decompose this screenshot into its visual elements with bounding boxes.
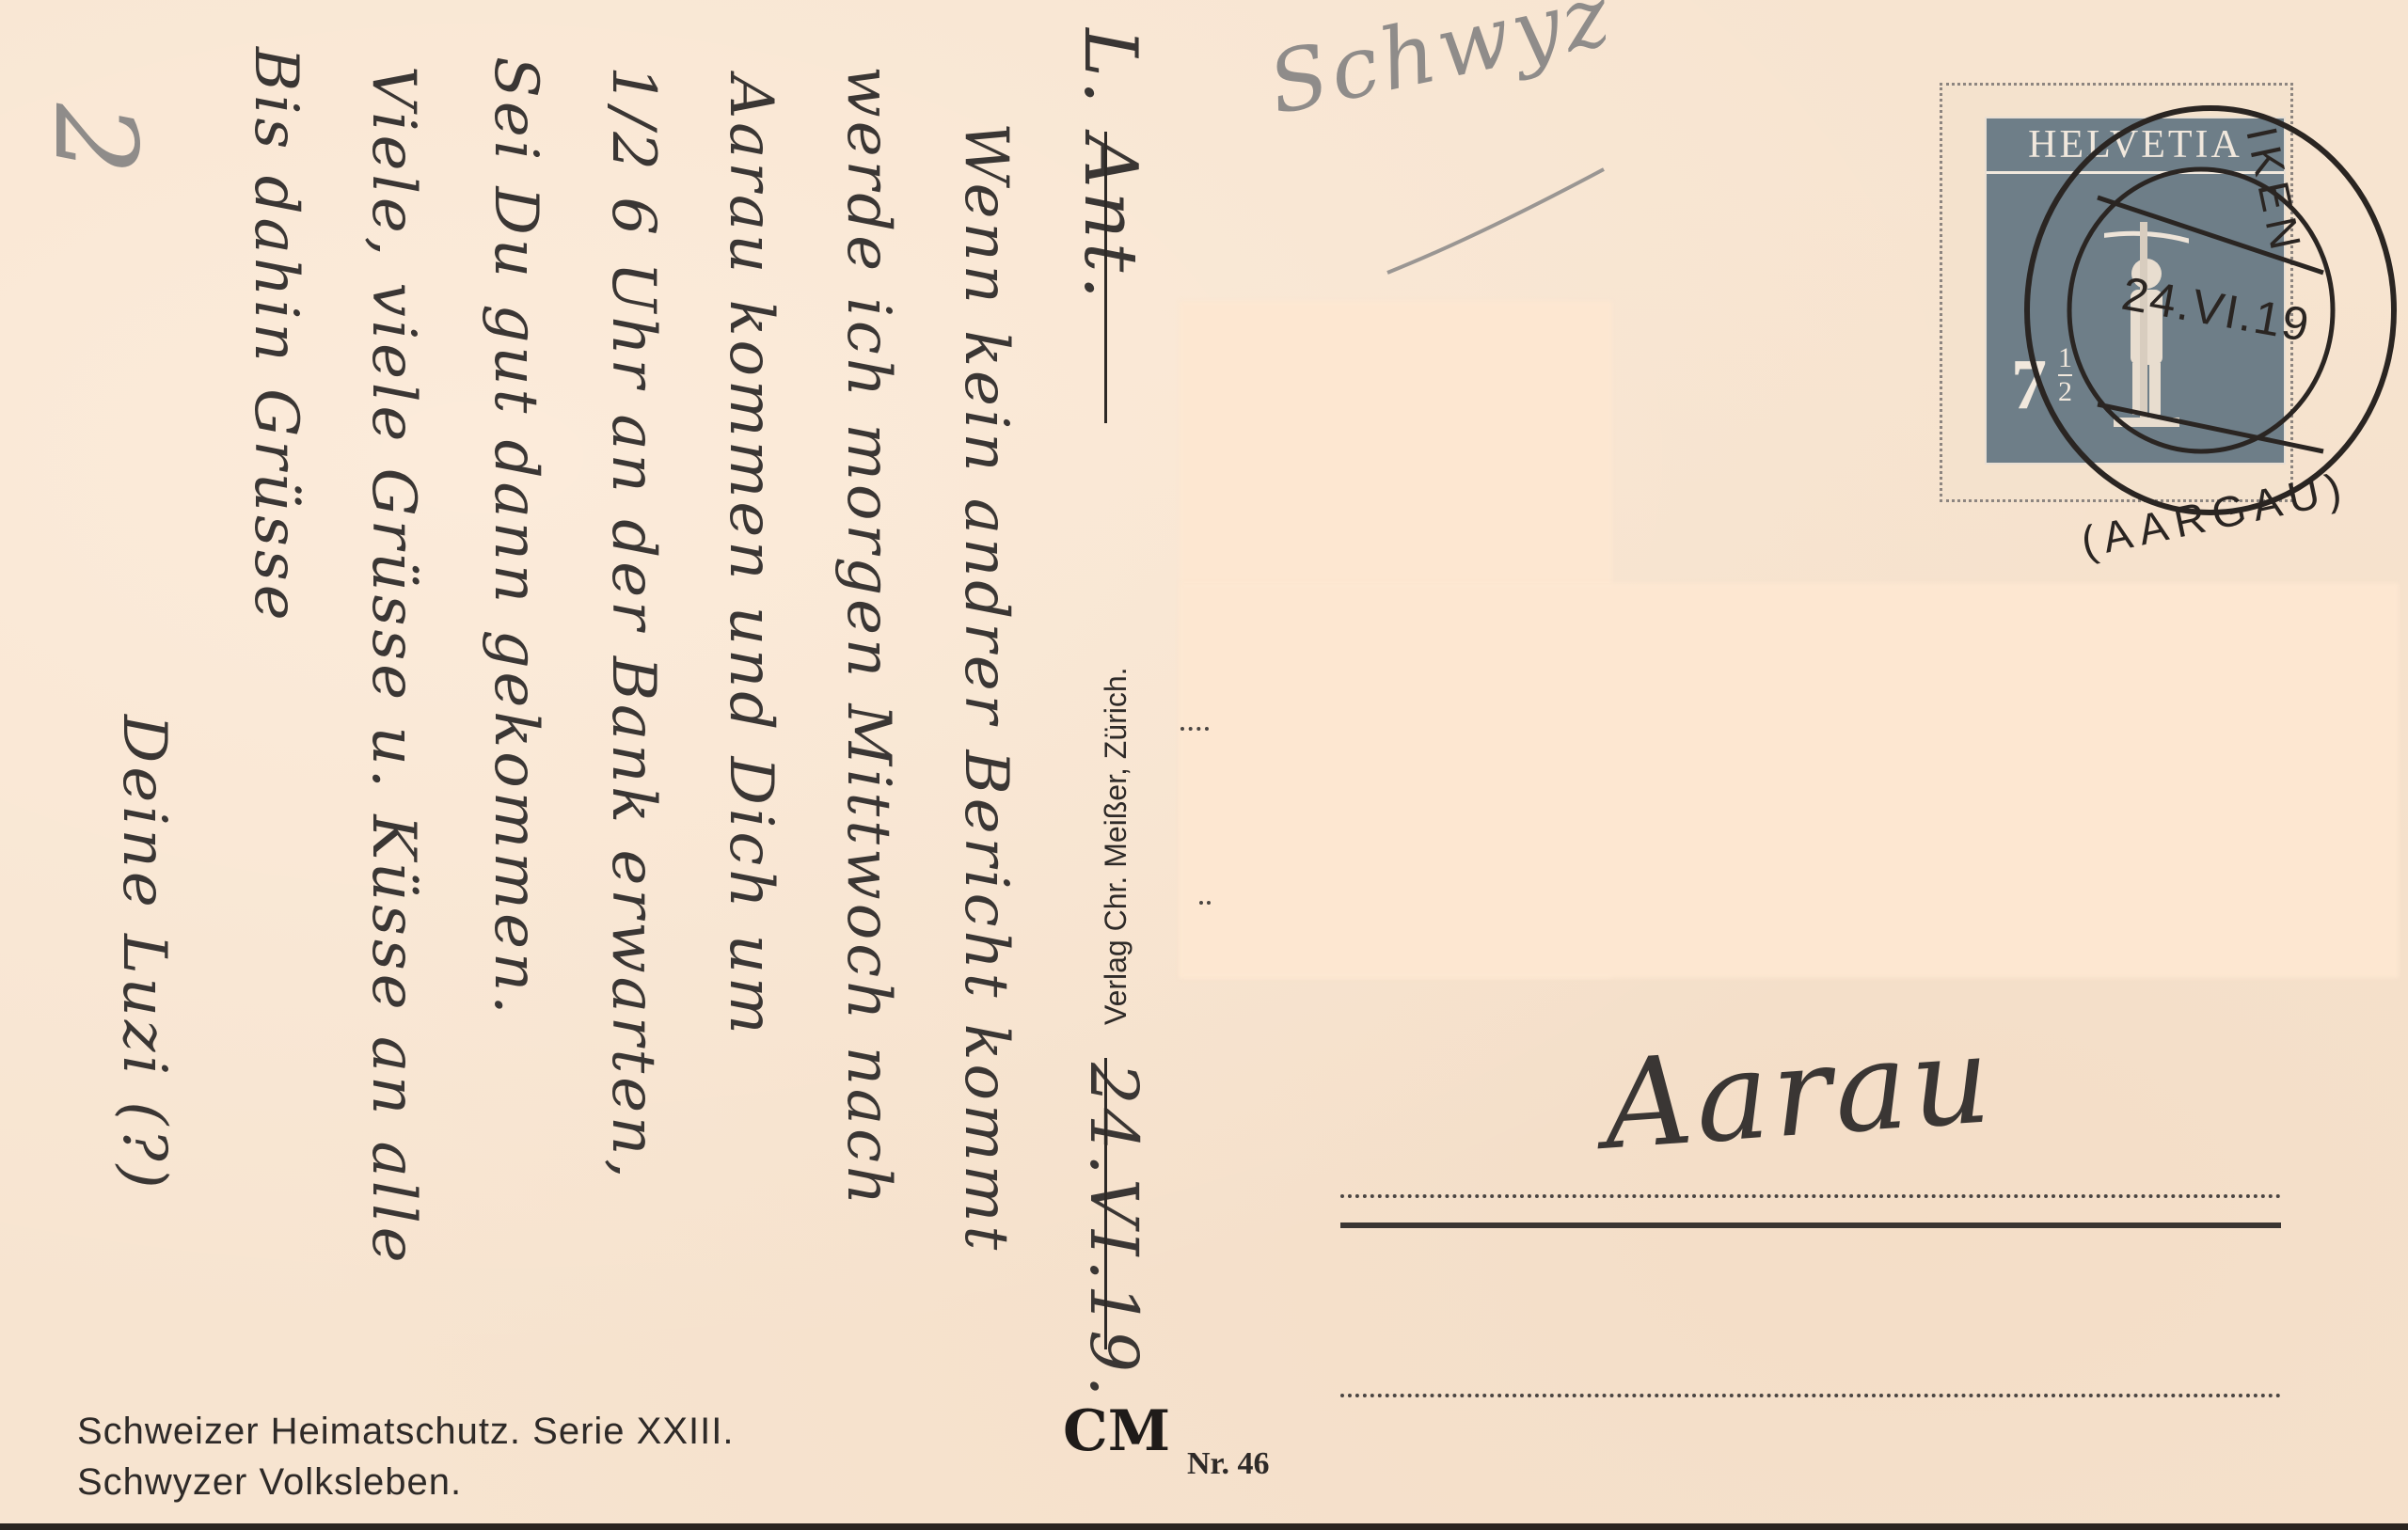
dot-mark-1	[1180, 727, 1209, 731]
message-line-8: Deine Luzi (?)	[109, 715, 179, 1192]
title-caption: Schwyzer Volksleben.	[77, 1461, 462, 1504]
message-line-5: Sei Du gut dann gekommen.	[481, 56, 550, 1018]
pencil-note-left: 2	[29, 103, 160, 179]
divider-top	[1104, 132, 1107, 423]
pencil-note-top: Schwyz	[1260, 0, 1621, 134]
address-line-2	[1340, 1222, 2281, 1228]
message-line-6: Viele, viele Grüsse u. Küsse an alle	[358, 66, 428, 1267]
address-city: Aarau	[1599, 1007, 1998, 1177]
series-caption: Schweizer Heimatschutz. Serie XXIII.	[77, 1411, 734, 1453]
address-line-1	[1340, 1194, 2281, 1198]
message-line-7: Bis dahin Grüsse	[241, 47, 310, 624]
message-line-4: 1/2 6 Uhr an der Bank erwarten,	[598, 66, 668, 1182]
publisher-logo: CM	[1063, 1409, 1170, 1454]
card-number: Nr. 46	[1187, 1446, 1270, 1482]
redacted-area-lower	[1180, 583, 2399, 978]
address-line-3	[1340, 1394, 2281, 1397]
card-bottom-edge	[0, 1523, 2408, 1530]
pencil-underline	[1383, 160, 1608, 282]
divider-bottom	[1104, 1058, 1107, 1349]
handwritten-date: 24.VI.19.	[1075, 1063, 1152, 1400]
dot-mark-2	[1199, 901, 1211, 905]
handwritten-salutation: L. Ant.	[1068, 28, 1152, 303]
message-line-2: werde ich morgen Mittwoch nach	[833, 66, 903, 1208]
postcard-back: Schwyz 2 24.VI.19. L. Ant. Wenn kein and…	[0, 0, 2408, 1523]
message-line-3: Aarau kommen und Dich um	[716, 75, 785, 1038]
message-line-1: Wenn kein andrer Bericht kommt	[951, 122, 1021, 1254]
publisher-imprint: Verlag Chr. Meißer, Zürich.	[1099, 667, 1133, 1025]
